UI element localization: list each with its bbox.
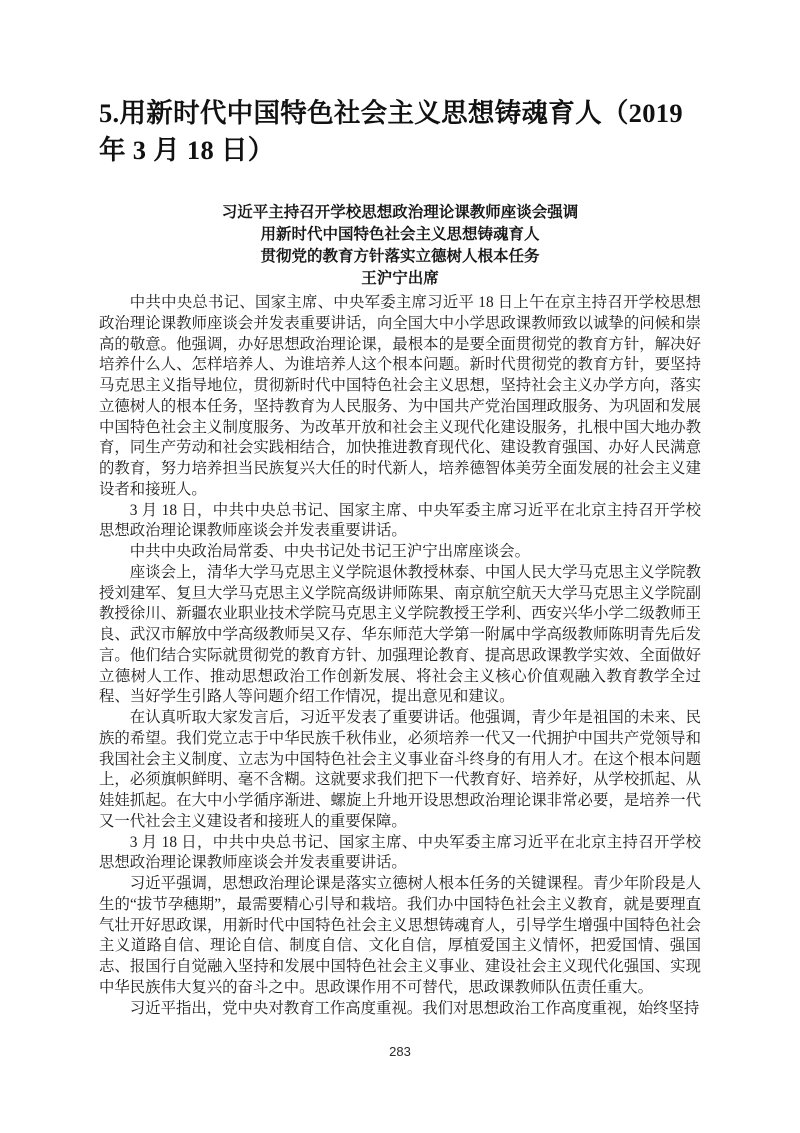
paragraph-8: 习近平指出，党中央对教育工作高度重视。我们对思想政治工作高度重视，始终坚持 (99, 999, 701, 1020)
paragraph-7: 习近平强调，思想政治理论课是落实立德树人根本任务的关键课程。青少年阶段是人生的“… (99, 874, 701, 999)
article-body: 中共中央总书记、国家主席、中央军委主席习近平 18 日上午在京主持召开学校思想政… (99, 293, 701, 1019)
headline-main-line-2: 贯彻党的教育方针落实立德树人根本任务 (99, 246, 701, 268)
chapter-title: 5.用新时代中国特色社会主义思想铸魂育人（2019 年 3 月 18 日） (99, 0, 701, 169)
paragraph-2: 3 月 18 日，中共中央总书记、国家主席、中央军委主席习近平在北京主持召开学校… (99, 501, 701, 543)
headline-kicker: 习近平主持召开学校思想政治理论课教师座谈会强调 (99, 202, 701, 224)
paragraph-3: 中共中央政治局常委、中央书记处书记王沪宁出席座谈会。 (99, 542, 701, 563)
headline-main-line-1: 用新时代中国特色社会主义思想铸魂育人 (99, 224, 701, 246)
paragraph-5: 在认真听取大家发言后，习近平发表了重要讲话。他强调，青少年是祖国的未来、民族的希… (99, 708, 701, 833)
page-number: 283 (0, 1044, 800, 1059)
article-headline: 习近平主持召开学校思想政治理论课教师座谈会强调 用新时代中国特色社会主义思想铸魂… (99, 202, 701, 290)
paragraph-1: 中共中央总书记、国家主席、中央军委主席习近平 18 日上午在京主持召开学校思想政… (99, 293, 701, 501)
paragraph-6: 3 月 18 日，中共中央总书记、国家主席、中央军委主席习近平在北京主持召开学校… (99, 833, 701, 875)
document-page-background: { "page": { "chapter_title": "5.用新时代中国特色… (0, 0, 800, 1133)
headline-attendee: 王沪宁出席 (99, 268, 701, 290)
document-page: 5.用新时代中国特色社会主义思想铸魂育人（2019 年 3 月 18 日） 习近… (99, 0, 701, 1019)
paragraph-4: 座谈会上，清华大学马克思主义学院退休教授林泰、中国人民大学马克思主义学院教授刘建… (99, 563, 701, 708)
